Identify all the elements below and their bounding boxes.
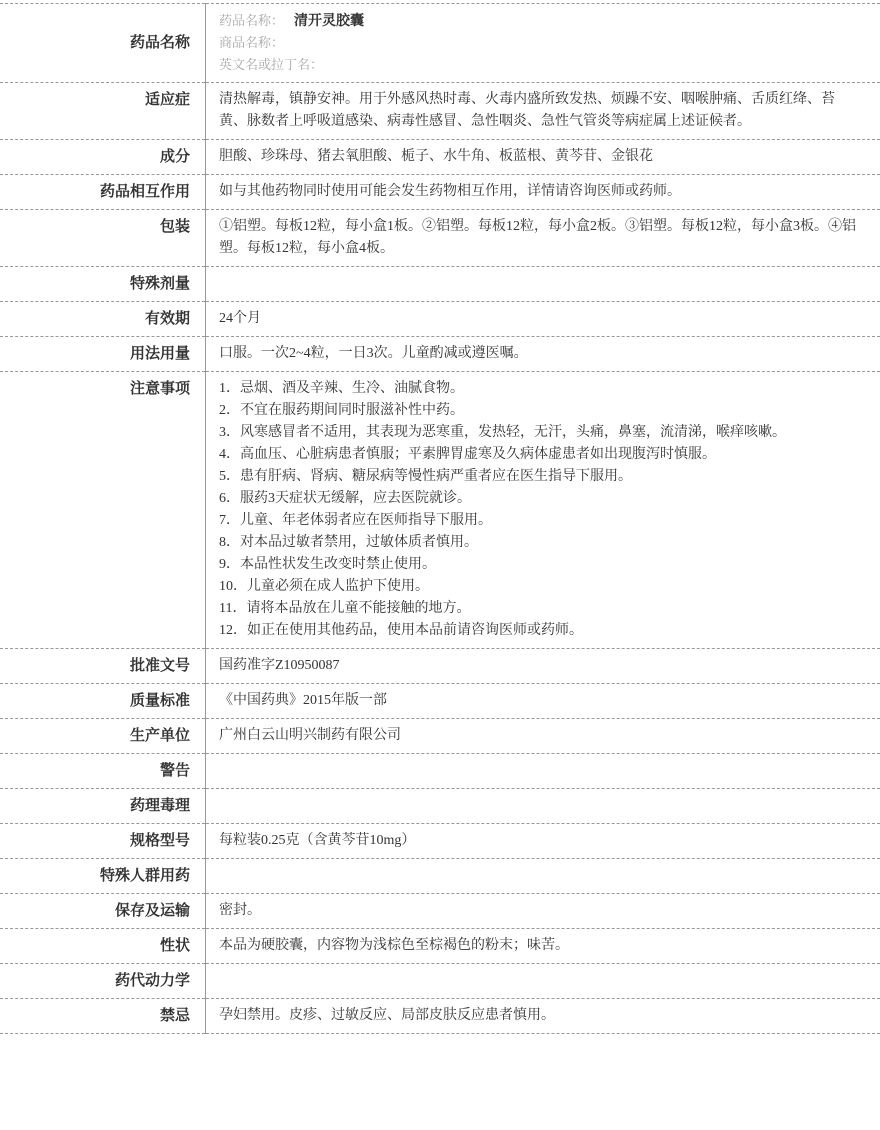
row-value: 本品为硬胶囊，内容物为浅棕色至棕褐色的粉末；味苦。: [206, 929, 880, 964]
row-label: 药代动力学: [0, 964, 206, 999]
row-value: 《中国药典》2015年版一部: [206, 684, 880, 719]
precaution-item: 8．对本品过敏者禁用，过敏体质者慎用。: [219, 532, 862, 554]
drug-name-line: 药品名称：清开灵胶囊: [219, 10, 862, 32]
row-ingredients: 成分 胆酸、珍珠母、猪去氧胆酸、栀子、水牛角、板蓝根、黄芩苷、金银花: [0, 140, 880, 175]
row-value: 每粒装0.25克（含黄芩苷10mg）: [206, 824, 880, 859]
row-label: 有效期: [0, 302, 206, 337]
precaution-item: 7．儿童、年老体弱者应在医师指导下服用。: [219, 510, 862, 532]
trade-name-line: 商品名称：: [219, 32, 862, 54]
drug-info-page: 药品名称 药品名称：清开灵胶囊 商品名称： 英文名或拉丁名： 适应症 清热解毒，…: [0, 0, 880, 1130]
row-value: 1．忌烟、酒及辛辣、生冷、油腻食物。 2．不宜在服药期间同时服滋补性中药。 3．…: [206, 372, 880, 649]
latin-name-key: 英文名或拉丁名：: [219, 57, 323, 72]
precaution-item: 4．高血压、心脏病患者慎服；平素脾胃虚寒及久病体虚患者如出现腹泻时慎服。: [219, 444, 862, 466]
row-label: 药理毒理: [0, 789, 206, 824]
trade-name-key: 商品名称：: [219, 35, 284, 50]
row-label: 特殊人群用药: [0, 859, 206, 894]
row-value: 清热解毒，镇静安神。用于外感风热时毒、火毒内盛所致发热、烦躁不安、咽喉肿痛、舌质…: [206, 83, 880, 140]
precaution-item: 9．本品性状发生改变时禁止使用。: [219, 554, 862, 576]
row-value: 国药准字Z10950087: [206, 649, 880, 684]
latin-name-line: 英文名或拉丁名：: [219, 54, 862, 76]
row-value: 24个月: [206, 302, 880, 337]
row-interactions: 药品相互作用 如与其他药物同时使用可能会发生药物相互作用，详情请咨询医师或药师。: [0, 175, 880, 210]
row-value: [206, 964, 880, 999]
row-value: 胆酸、珍珠母、猪去氧胆酸、栀子、水牛角、板蓝根、黄芩苷、金银花: [206, 140, 880, 175]
row-special-populations: 特殊人群用药: [0, 859, 880, 894]
drug-info-table: 药品名称 药品名称：清开灵胶囊 商品名称： 英文名或拉丁名： 适应症 清热解毒，…: [0, 3, 880, 1034]
row-label: 药品名称: [0, 4, 206, 83]
row-shelf-life: 有效期 24个月: [0, 302, 880, 337]
precaution-item: 2．不宜在服药期间同时服滋补性中药。: [219, 400, 862, 422]
row-label: 适应症: [0, 83, 206, 140]
row-value: [206, 267, 880, 302]
row-dosage-usage: 用法用量 口服。一次2~4粒，一日3次。儿童酌减或遵医嘱。: [0, 337, 880, 372]
row-manufacturer: 生产单位 广州白云山明兴制药有限公司: [0, 719, 880, 754]
row-label: 性状: [0, 929, 206, 964]
row-value: 药品名称：清开灵胶囊 商品名称： 英文名或拉丁名：: [206, 4, 880, 83]
row-value: 广州白云山明兴制药有限公司: [206, 719, 880, 754]
precaution-item: 3．风寒感冒者不适用，其表现为恶寒重，发热轻，无汗，头痛，鼻塞，流清涕，喉痒咳嗽…: [219, 422, 862, 444]
row-drug-name: 药品名称 药品名称：清开灵胶囊 商品名称： 英文名或拉丁名：: [0, 4, 880, 83]
row-label: 保存及运输: [0, 894, 206, 929]
row-specification: 规格型号 每粒装0.25克（含黄芩苷10mg）: [0, 824, 880, 859]
row-value: 如与其他药物同时使用可能会发生药物相互作用，详情请咨询医师或药师。: [206, 175, 880, 210]
precaution-item: 10．儿童必须在成人监护下使用。: [219, 576, 862, 598]
row-special-dosage: 特殊剂量: [0, 267, 880, 302]
drug-name-key: 药品名称：: [219, 13, 284, 28]
row-value: 孕妇禁用。皮疹、过敏反应、局部皮肤反应患者慎用。: [206, 999, 880, 1034]
row-value: [206, 789, 880, 824]
row-value: 密封。: [206, 894, 880, 929]
row-pharmacology-toxicology: 药理毒理: [0, 789, 880, 824]
row-label: 规格型号: [0, 824, 206, 859]
row-label: 生产单位: [0, 719, 206, 754]
row-quality-standard: 质量标准 《中国药典》2015年版一部: [0, 684, 880, 719]
row-approval-number: 批准文号 国药准字Z10950087: [0, 649, 880, 684]
precaution-item: 11．请将本品放在儿童不能接触的地方。: [219, 598, 862, 620]
row-precautions: 注意事项 1．忌烟、酒及辛辣、生冷、油腻食物。 2．不宜在服药期间同时服滋补性中…: [0, 372, 880, 649]
row-description: 性状 本品为硬胶囊，内容物为浅棕色至棕褐色的粉末；味苦。: [0, 929, 880, 964]
row-indications: 适应症 清热解毒，镇静安神。用于外感风热时毒、火毒内盛所致发热、烦躁不安、咽喉肿…: [0, 83, 880, 140]
row-warning: 警告: [0, 754, 880, 789]
row-pharmacokinetics: 药代动力学: [0, 964, 880, 999]
precaution-item: 12．如正在使用其他药品，使用本品前请咨询医师或药师。: [219, 620, 862, 642]
row-contraindications: 禁忌 孕妇禁用。皮疹、过敏反应、局部皮肤反应患者慎用。: [0, 999, 880, 1034]
precaution-item: 6．服药3天症状无缓解，应去医院就诊。: [219, 488, 862, 510]
row-value: [206, 754, 880, 789]
row-label: 批准文号: [0, 649, 206, 684]
row-label: 用法用量: [0, 337, 206, 372]
row-packaging: 包装 ①铝塑。每板12粒，每小盒1板。②铝塑。每板12粒，每小盒2板。③铝塑。每…: [0, 210, 880, 267]
drug-name-value: 清开灵胶囊: [294, 14, 364, 29]
row-label: 质量标准: [0, 684, 206, 719]
row-label: 成分: [0, 140, 206, 175]
precaution-item: 1．忌烟、酒及辛辣、生冷、油腻食物。: [219, 378, 862, 400]
row-label: 注意事项: [0, 372, 206, 649]
row-storage-transport: 保存及运输 密封。: [0, 894, 880, 929]
row-value: 口服。一次2~4粒，一日3次。儿童酌减或遵医嘱。: [206, 337, 880, 372]
precaution-item: 5．患有肝病、肾病、糖尿病等慢性病严重者应在医生指导下服用。: [219, 466, 862, 488]
row-label: 警告: [0, 754, 206, 789]
row-label: 禁忌: [0, 999, 206, 1034]
row-label: 特殊剂量: [0, 267, 206, 302]
row-label: 药品相互作用: [0, 175, 206, 210]
row-label: 包装: [0, 210, 206, 267]
row-value: ①铝塑。每板12粒，每小盒1板。②铝塑。每板12粒，每小盒2板。③铝塑。每板12…: [206, 210, 880, 267]
row-value: [206, 859, 880, 894]
